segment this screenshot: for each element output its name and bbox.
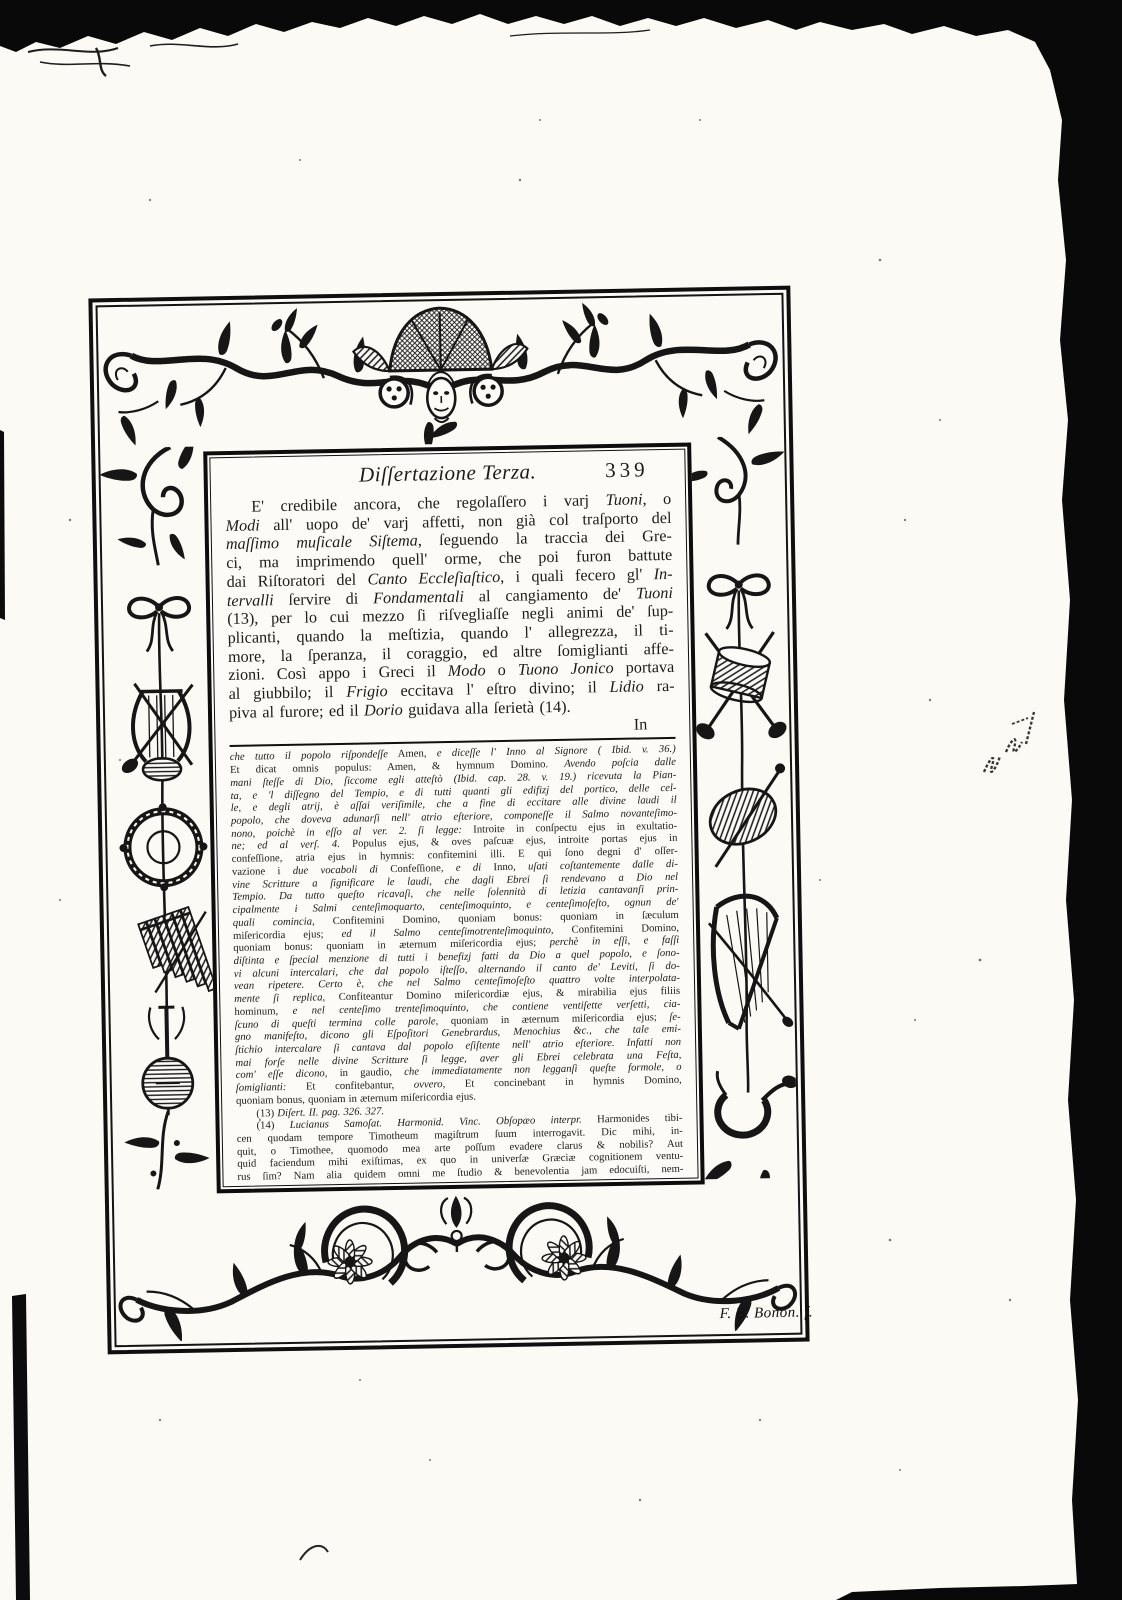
bottom-ornament-engraving	[113, 1180, 802, 1343]
black-right-edge	[1034, 0, 1122, 1600]
black-bottom-right-strip	[836, 1584, 1122, 1600]
paper-cracks	[28, 30, 650, 76]
handwritten-pencil-mark	[984, 712, 1034, 772]
engraved-page-border: Diſſertazione Terza. 339 E' credibile an…	[88, 286, 809, 1355]
left-binding-line	[12, 1294, 30, 1600]
harp	[708, 895, 795, 1030]
left-trophy-engraving	[100, 446, 220, 1190]
hunting-horn	[717, 1070, 798, 1136]
engraver-signature: F. B. Bonon. f.	[719, 1304, 813, 1323]
shell-fan	[353, 306, 528, 371]
panpipes	[133, 902, 220, 1007]
text-content: Diſſertazione Terza. 339 E' credibile an…	[224, 454, 683, 1184]
round-lute	[141, 1007, 193, 1109]
lyre-and-horn-trophy	[118, 683, 195, 781]
left-edge-sliver	[0, 430, 5, 620]
rosette	[542, 1236, 587, 1281]
torn-top-edge	[0, 0, 1122, 70]
text-panel: Diſſertazione Terza. 339 E' credibile an…	[203, 442, 705, 1193]
scanned-book-page: { "page": { "header": { "title": "Diſſer…	[0, 0, 1122, 1600]
flowering-branch	[124, 1110, 210, 1190]
main-text: E' credibile ancora, che regolaſſero i v…	[225, 490, 675, 723]
top-ornament-engraving	[97, 294, 786, 451]
footnote-text: che tutto il popolo riſpondeſſe Amen, e …	[230, 743, 684, 1184]
center-palmette	[404, 1195, 510, 1270]
page-header: Diſſertazione Terza. 339	[224, 454, 670, 493]
stray-pen-curve	[300, 1546, 328, 1560]
right-trophy-engraving	[688, 436, 798, 1180]
running-title: Diſſertazione Terza.	[359, 459, 537, 486]
page-number: 339	[605, 454, 649, 485]
